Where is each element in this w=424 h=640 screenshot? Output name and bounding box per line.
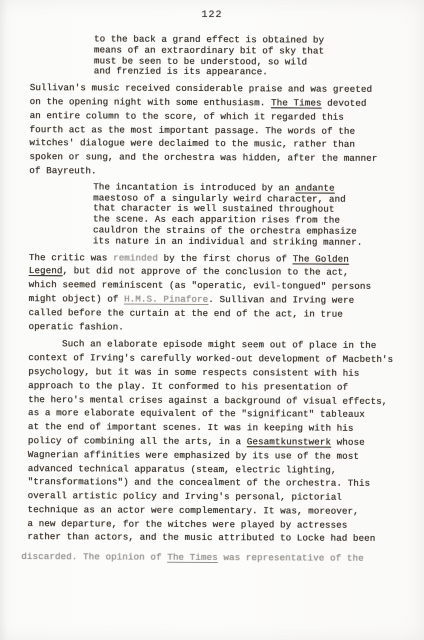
text-body: to the back a grand effect is obtained b… — [27, 34, 394, 566]
underlined-text: andante — [295, 182, 334, 193]
text-line: an entire column to the score, of which … — [30, 109, 394, 125]
text-line: rather than actors, and the music attrib… — [27, 531, 391, 547]
text-segment: approach to the play. It conformed to hi… — [28, 380, 348, 393]
text-line: operatic fashion. — [28, 320, 392, 336]
text-segment: and frenzied is its appearance. — [94, 66, 268, 78]
para-sullivans-music: Sullivan's music received considerable p… — [29, 81, 394, 179]
text-line: Wagnerian affinities were emphasized by … — [28, 448, 392, 464]
text-segment: technique as an actor were complementary… — [27, 504, 358, 517]
text-segment: policy of combining all the arts, in a — [28, 435, 247, 447]
underlined-text: H.M.S. Pinafore — [124, 293, 208, 304]
text-line: technique as an actor were complementary… — [27, 503, 391, 519]
text-segment: at the end of important scenes. It was i… — [28, 421, 354, 434]
para-critic-golden-legend: The critic was reminded by the first cho… — [28, 251, 392, 336]
text-segment: fourth act as the most important passage… — [29, 124, 355, 137]
text-segment: whose — [331, 437, 365, 448]
text-segment: as a more elaborate equivalent of the "s… — [28, 407, 365, 420]
text-segment: advanced technical apparatus (steam, ele… — [28, 463, 337, 476]
text-segment: discarded. The opinion of — [21, 551, 167, 563]
text-segment: "transformations") and the concealment o… — [28, 476, 370, 489]
text-segment: operatic fashion. — [28, 321, 123, 332]
underlined-text: Gesamtkunstwerk — [247, 436, 331, 447]
text-line: approach to the play. It conformed to hi… — [28, 379, 392, 395]
text-line: called before the curtain at the end of … — [29, 306, 393, 322]
text-segment: on the opening night with some enthusias… — [30, 96, 271, 108]
text-line: and frenzied is its appearance. — [94, 67, 394, 79]
text-segment: , but did not approve of the conclusion … — [62, 266, 348, 278]
underlined-text: Legend — [29, 265, 63, 276]
para-elaborate-episode: Such an elaborate episode might seem out… — [27, 337, 392, 566]
text-segment: psychology, but it was in some respects … — [28, 366, 359, 379]
text-segment: context of Irving's carefully worked-out… — [28, 352, 393, 365]
text-segment: spoken or sung, and the orchestra was hi… — [29, 151, 377, 164]
text-segment: The critic was — [29, 252, 113, 263]
text-line: discarded. The opinion of The Times was … — [21, 550, 391, 566]
text-segment: Wagnerian affinities were emphasized by … — [28, 449, 359, 462]
text-segment: . Sullivan and Irving were — [208, 294, 354, 306]
text-segment: overall artistic policy and Irving's per… — [28, 490, 342, 503]
text-segment: rather than actors, and the music attrib… — [27, 532, 375, 545]
quote-sky-effect: to the back a grand effect is obtained b… — [94, 34, 394, 79]
underlined-text: The Golden — [293, 253, 349, 264]
text-segment: a new departure, for the witches were pl… — [27, 518, 347, 531]
text-line: of Bayreuth. — [29, 164, 393, 180]
text-segment: witches' dialogue were declaimed to the … — [29, 137, 355, 150]
text-segment: might object) of — [29, 293, 124, 304]
text-segment: reminded — [113, 252, 158, 263]
text-line: psychology, but it was in some respects … — [28, 365, 392, 381]
text-segment: which seemed reminiscent (as "operatic, … — [29, 279, 371, 292]
text-segment: its nature in an individual and striking… — [93, 235, 363, 247]
text-segment: Such an elaborate episode might seem out… — [28, 338, 376, 351]
text-segment: devoted — [322, 98, 367, 109]
quote-incantation: The incantation is introduced by an anda… — [93, 182, 393, 248]
text-segment: called before the curtain at the end of … — [29, 307, 343, 320]
text-segment: was representative of the — [218, 552, 364, 564]
underlined-text: The Times — [271, 97, 322, 108]
text-segment: an entire column to the score, of which … — [30, 110, 344, 123]
text-line: policy of combining all the arts, in a G… — [28, 434, 392, 450]
text-segment: Sullivan's music received considerable p… — [30, 82, 372, 95]
text-segment: of Bayreuth. — [29, 165, 96, 176]
text-segment: by the first chorus of — [158, 252, 293, 264]
text-segment: the hero's mental crises against a backg… — [28, 394, 387, 407]
underlined-text: The Times — [167, 552, 218, 563]
page-number: 122 — [30, 10, 394, 21]
text-line: its nature in an individual and striking… — [93, 236, 393, 248]
scanned-page: 122 to the back a grand effect is obtain… — [0, 0, 424, 640]
